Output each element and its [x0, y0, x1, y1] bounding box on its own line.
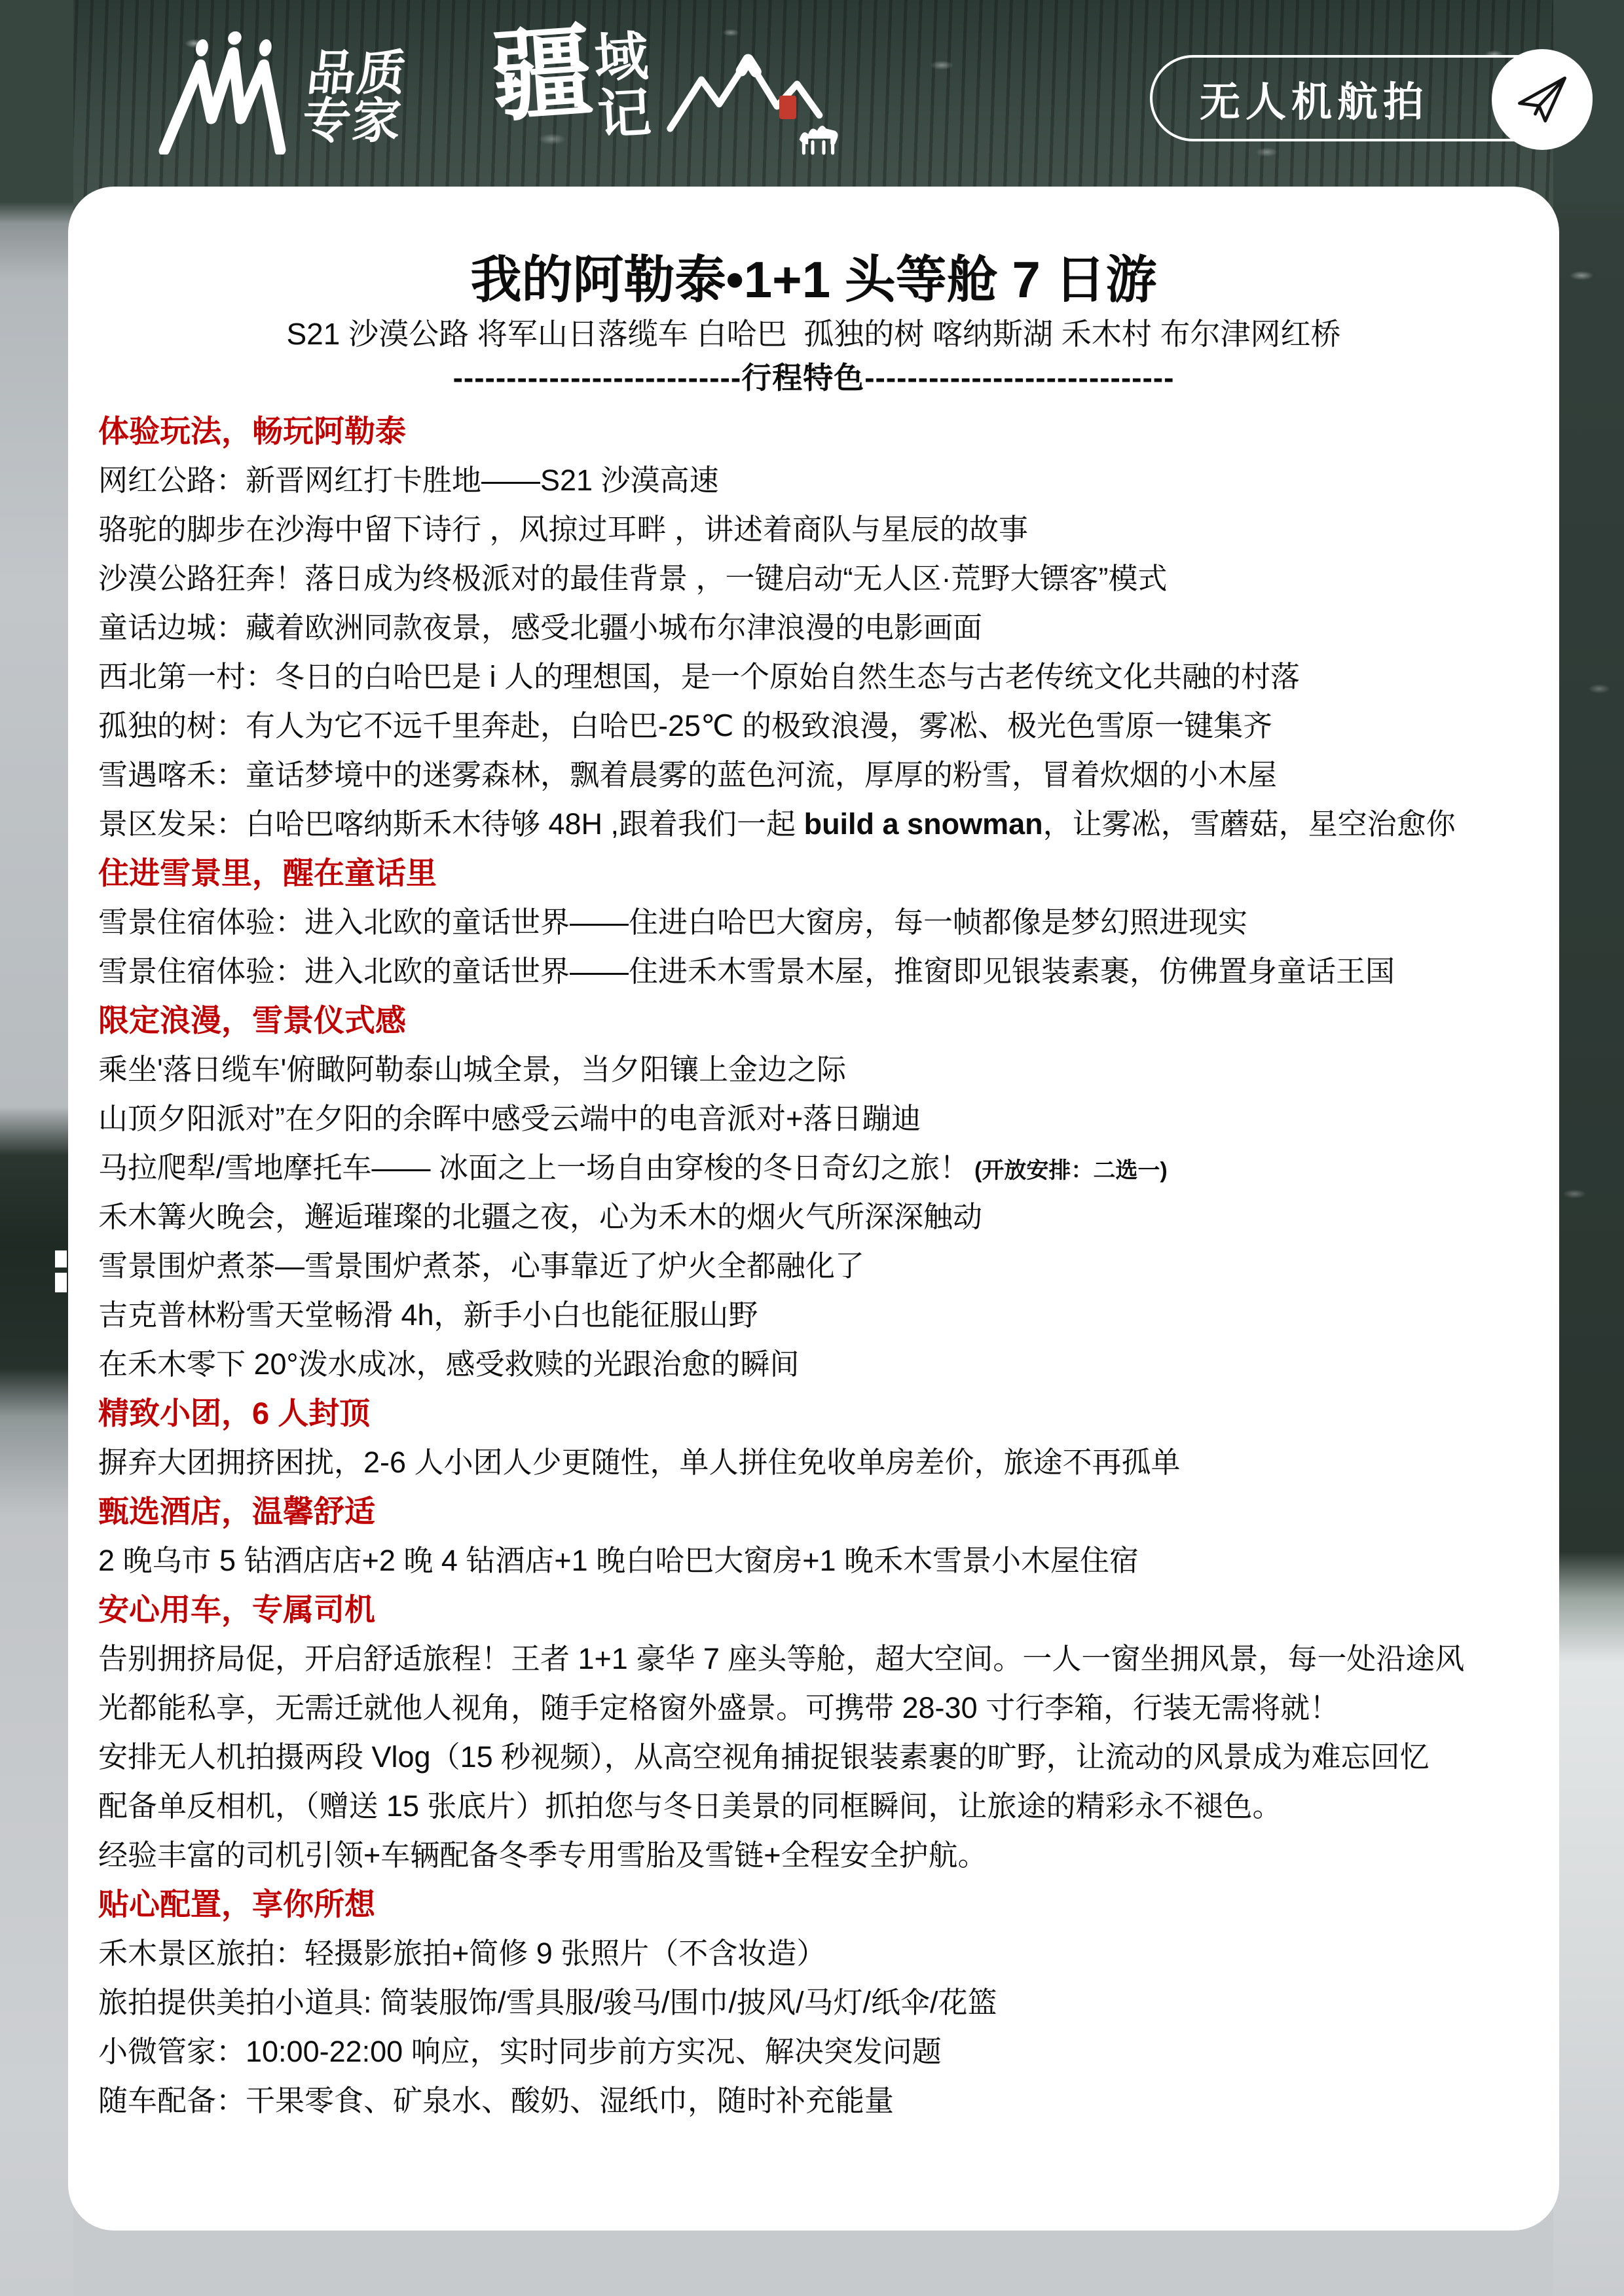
feature-line: 孤独的树：有人为它不远千里奔赴，白哈巴-25℃ 的极致浪漫，雾凇、极光色雪原一键… — [98, 701, 1529, 750]
feature-line: 山顶夕阳派对”在夕阳的余晖中感受云端中的电音派对+落日蹦迪 — [98, 1094, 1529, 1143]
feature-line: 光都能私享，无需迁就他人视角，随手定格窗外盛景。可携带 28-30 寸行李箱，行… — [98, 1683, 1529, 1732]
feature-line: 雪景住宿体验：进入北欧的童话世界——住进禾木雪景木屋，推窗即见银装素裹，仿佛置身… — [98, 947, 1529, 996]
brand-logo-region-journal: 疆 域 记 — [492, 25, 855, 163]
brand-logo-quality-expert: 品质 专家 — [154, 31, 411, 158]
feature-line: 安排无人机拍摄两段 Vlog（15 秒视频），从高空视角捕捉银装素裹的旷野，让流… — [98, 1732, 1529, 1781]
divider-dashes-left: --------------------------- — [453, 361, 742, 395]
feature-line: 旅拍提供美拍小道具: 简装服饰/雪具服/骏马/围巾/披风/马灯/纸伞/花篮 — [98, 1978, 1529, 2027]
feature-heading: 精致小团，6 人封顶 — [98, 1389, 1529, 1438]
feature-line-english-bold: build a snowman — [804, 807, 1043, 841]
divider-dashes-right: ----------------------------- — [864, 361, 1174, 395]
feature-line: 禾木篝火晚会，邂逅璀璨的北疆之夜，心为禾木的烟火气所深深触动 — [98, 1192, 1529, 1241]
feature-line: 经验丰富的司机引领+车辆配备冬季专用雪胎及雪链+全程安全护航。 — [98, 1831, 1529, 1880]
drone-aerial-badge: 无人机航拍 — [1150, 55, 1593, 141]
feature-line: 马拉爬犁/雪地摩托车—— 冰面之上一场自由穿梭的冬日奇幻之旅！(开放安排：二选一… — [98, 1143, 1529, 1192]
feature-line: 摒弃大团拥挤困扰，2-6 人小团人少更随性，单人拼住免收单房差价，旅途不再孤单 — [98, 1438, 1529, 1487]
section-divider: ---------------------------行程特色---------… — [98, 357, 1529, 399]
feature-line-part: ，让雾凇，雪蘑菇，星空治愈你 — [1043, 807, 1456, 841]
brand-region-char-top: 域 — [593, 29, 650, 88]
feature-line: 雪景住宿体验：进入北欧的童话世界——住进白哈巴大窗房，每一帧都像是梦幻照进现实 — [98, 898, 1529, 947]
feature-line-part: 马拉爬犁/雪地摩托车—— 冰面之上一场自由穿梭的冬日奇幻之旅！ — [98, 1151, 969, 1184]
flyer-page: 品质 专家 疆 域 记 无人机航拍 — [0, 0, 1624, 2296]
itinerary-card: 我的阿勒泰•1+1 头等舱 7 日游 S21 沙漠公路 将军山日落缆车 白哈巴 … — [68, 187, 1559, 2231]
brand-quality-line2: 专家 — [299, 94, 405, 148]
brand-region-char-bottom: 记 — [596, 85, 652, 144]
feature-line: 告别拥挤局促，开启舒适旅程！王者 1+1 豪华 7 座头等舱，超大空间。一人一窗… — [98, 1634, 1529, 1683]
divider-label: 行程特色 — [741, 361, 864, 395]
page-title: 我的阿勒泰•1+1 头等舱 7 日游 — [98, 249, 1529, 311]
feature-heading: 限定浪漫，雪景仪式感 — [98, 996, 1529, 1045]
feature-line: 沙漠公路狂奔！落日成为终极派对的最佳背景 ，一键启动“无人区·荒野大镖客”模式 — [98, 554, 1529, 603]
feature-heading: 安心用车，专属司机 — [98, 1585, 1529, 1634]
mountain-camel-icon — [650, 25, 855, 163]
feature-heading: 甄选酒店，温馨舒适 — [98, 1487, 1529, 1536]
document-body: 我的阿勒泰•1+1 头等舱 7 日游 S21 沙漠公路 将军山日落缆车 白哈巴 … — [98, 249, 1529, 2125]
feature-line: 在禾木零下 20°泼水成冰，感受救赎的光跟治愈的瞬间 — [98, 1339, 1529, 1389]
brand-quality-text: 品质 专家 — [300, 50, 409, 145]
feature-line: 网红公路：新晋网红打卡胜地——S21 沙漠高速 — [98, 456, 1529, 505]
feature-line: 2 晚乌市 5 钻酒店店+2 晚 4 钻酒店+1 晚白哈巴大窗房+1 晚禾木雪景… — [98, 1536, 1529, 1585]
feature-heading: 贴心配置，享你所想 — [98, 1880, 1529, 1929]
feature-line: 景区发呆：白哈巴喀纳斯禾木待够 48H ,跟着我们一起 build a snow… — [98, 799, 1529, 848]
paper-plane-icon — [1511, 68, 1574, 131]
feature-heading: 住进雪景里，醒在童话里 — [98, 848, 1529, 898]
feature-line: 雪景围炉煮茶—雪景围炉煮茶，心事靠近了炉火全都融化了 — [98, 1241, 1529, 1290]
feature-line: 雪遇喀禾：童话梦境中的迷雾森林，飘着晨雾的蓝色河流，厚厚的粉雪，冒着炊烟的小木屋 — [98, 750, 1529, 799]
feature-line-note: (开放安排：二选一) — [974, 1158, 1168, 1183]
brand-region-chars: 域 记 — [593, 29, 653, 144]
feature-list: 体验玩法，畅玩阿勒泰 网红公路：新晋网红打卡胜地——S21 沙漠高速 骆驼的脚步… — [98, 407, 1529, 2125]
feature-line: 童话边城：藏着欧洲同款夜景，感受北疆小城布尔津浪漫的电影画面 — [98, 603, 1529, 652]
forest-photo-right-strip — [1553, 0, 1624, 2296]
feature-line: 骆驼的脚步在沙海中留下诗行 ，风掠过耳畔 ，讲述着商队与星辰的故事 — [98, 505, 1529, 554]
feature-heading: 体验玩法，畅玩阿勒泰 — [98, 407, 1529, 456]
drone-badge-label: 无人机航拍 — [1200, 69, 1429, 128]
red-seal-mark — [779, 96, 796, 119]
brand-quality-line1: 品质 — [304, 46, 410, 100]
background-watermark-fragment — [55, 1250, 67, 1292]
feature-line: 西北第一村：冬日的白哈巴是 i 人的理想国，是一个原始自然生态与古老传统文化共融… — [98, 652, 1529, 701]
feature-line: 随车配备：干果零食、矿泉水、酸奶、湿纸巾，随时补充能量 — [98, 2076, 1529, 2125]
feature-line: 禾木景区旅拍：轻摄影旅拍+简修 9 张照片（不含妆造） — [98, 1929, 1529, 1978]
crown-mountain-icon — [154, 31, 301, 158]
feature-line-part: 景区发呆：白哈巴喀纳斯禾木待够 48H ,跟着我们一起 — [98, 807, 804, 841]
highlights-subtitle: S21 沙漠公路 将军山日落缆车 白哈巴 孤独的树 喀纳斯湖 禾木村 布尔津网红… — [98, 315, 1529, 353]
feature-line: 吉克普林粉雪天堂畅滑 4h，新手小白也能征服山野 — [98, 1290, 1529, 1339]
feature-line: 乘坐'落日缆车'俯瞰阿勒泰山城全景，当夕阳镶上金边之际 — [98, 1045, 1529, 1094]
brand-region-char-big: 疆 — [489, 22, 595, 128]
paper-plane-circle — [1492, 49, 1593, 150]
feature-line: 配备单反相机，（赠送 15 张底片）抓拍您与冬日美景的同框瞬间，让旅途的精彩永不… — [98, 1781, 1529, 1831]
feature-line: 小微管家：10:00-22:00 响应，实时同步前方实况、解决突发问题 — [98, 2027, 1529, 2076]
snow-photo-left-strip — [0, 0, 73, 2296]
